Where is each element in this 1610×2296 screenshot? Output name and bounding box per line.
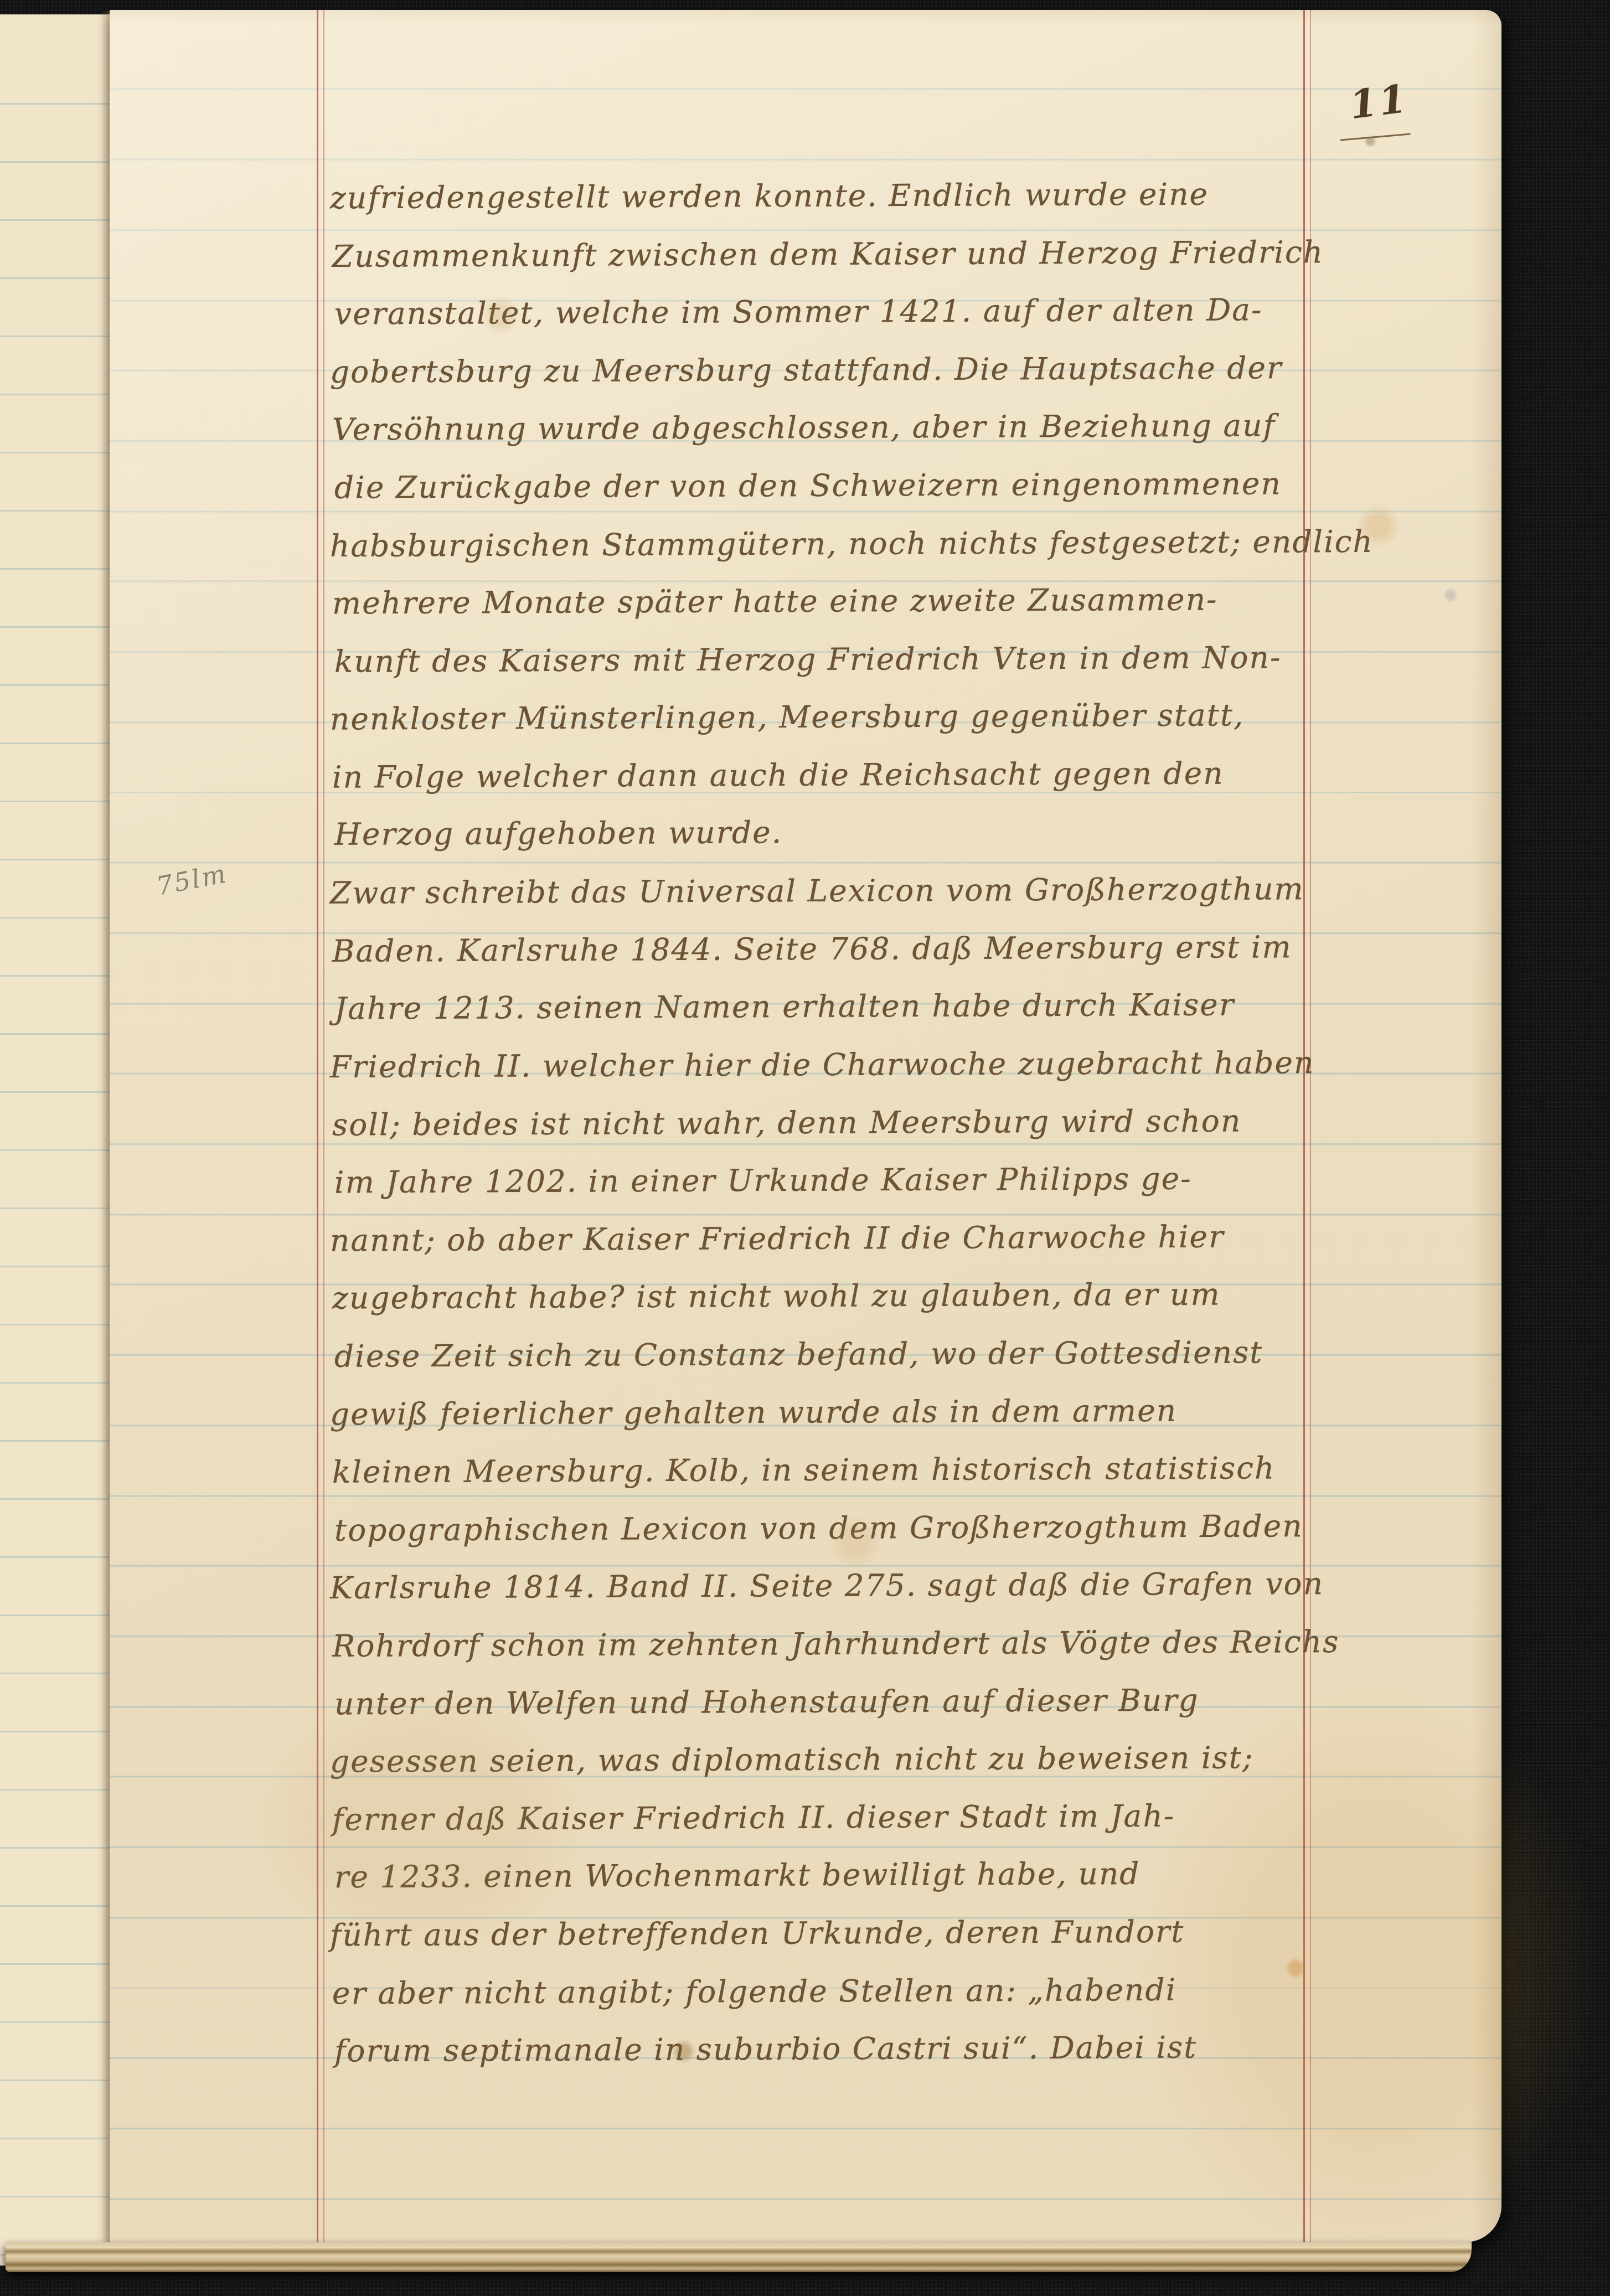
handwritten-line: gewiß feierlicher gehalten wurde als in … (330, 1393, 1177, 1432)
scanned-manuscript-page: 11 75lm zufriedengestellt werden konnte.… (0, 0, 1610, 2296)
handwritten-line: topographischen Lexicon von dem Großherz… (334, 1508, 1303, 1548)
handwritten-line: die Zurückgabe der von den Schweizern ei… (334, 466, 1282, 505)
handwritten-line: Zwar schreibt das Universal Lexicon vom … (330, 871, 1304, 911)
stacked-sheet-edges (6, 2242, 1472, 2272)
handwritten-line: nannt; ob aber Kaiser Friedrich II die C… (330, 1219, 1225, 1258)
handwritten-line: nenkloster Münsterlingen, Meersburg gege… (330, 697, 1245, 736)
page-number: 11 (1347, 75, 1411, 128)
handwritten-line: zugebracht habe? ist nicht wohl zu glaub… (332, 1276, 1221, 1315)
handwritten-line: Versöhnung wurde abgeschlossen, aber in … (332, 407, 1276, 447)
handwritten-line: Friedrich II. welcher hier die Charwoche… (330, 1045, 1315, 1085)
handwritten-line: zufriedengestellt werden konnte. Endlich… (330, 177, 1209, 216)
handwritten-line: unter den Welfen und Hohenstaufen auf di… (334, 1683, 1199, 1722)
handwritten-line: kleinen Meersburg. Kolb, in seinem histo… (332, 1450, 1276, 1489)
handwritten-line: Jahre 1213. seinen Namen erhalten habe d… (334, 987, 1235, 1026)
handwritten-line: Herzog aufgehoben wurde. (334, 814, 782, 852)
handwritten-line: veranstaltet, welche im Sommer 1421. auf… (334, 292, 1263, 331)
handwritten-line: er aber nicht angibt; folgende Stellen a… (332, 1972, 1176, 2011)
handwritten-line: forum septimanale in suburbio Castri sui… (334, 2030, 1198, 2069)
handwritten-line: Baden. Karlsruhe 1844. Seite 768. daß Me… (332, 929, 1292, 969)
handwritten-line: mehrere Monate später hatte eine zweite … (332, 582, 1218, 621)
handwritten-line: soll; beides ist nicht wahr, denn Meersb… (332, 1103, 1242, 1142)
right-margin-rule (1303, 10, 1311, 2242)
handwritten-line: diese Zeit sich zu Constanz befand, wo d… (334, 1334, 1263, 1374)
handwritten-line: gesessen seien, was diplomatisch nicht z… (330, 1740, 1254, 1779)
handwritten-line: führt aus der betreffenden Urkunde, dere… (330, 1914, 1185, 1953)
handwritten-line: in Folge welcher dann auch die Reichsach… (332, 755, 1224, 794)
handwritten-line: ferner daß Kaiser Friedrich II. dieser S… (332, 1798, 1175, 1838)
handwritten-line: kunft des Kaisers mit Herzog Friedrich V… (334, 639, 1282, 679)
handwritten-line: im Jahre 1202. in einer Urkunde Kaiser P… (334, 1161, 1192, 1200)
handwritten-line: Zusammenkunft zwischen dem Kaiser und He… (332, 234, 1324, 274)
handwritten-line: re 1233. einen Wochenmarkt bewilligt hab… (334, 1856, 1141, 1895)
handwritten-line: Rohrdorf schon im zehnten Jahrhundert al… (332, 1624, 1340, 1664)
left-margin-rule (317, 10, 324, 2242)
handwritten-line: habsburgischen Stammgütern, noch nichts … (330, 524, 1374, 564)
handwritten-line: Karlsruhe 1814. Band II. Seite 275. sagt… (330, 1566, 1324, 1606)
handwritten-line: gobertsburg zu Meersburg stattfand. Die … (330, 350, 1283, 390)
facing-page-edge (0, 14, 111, 2266)
